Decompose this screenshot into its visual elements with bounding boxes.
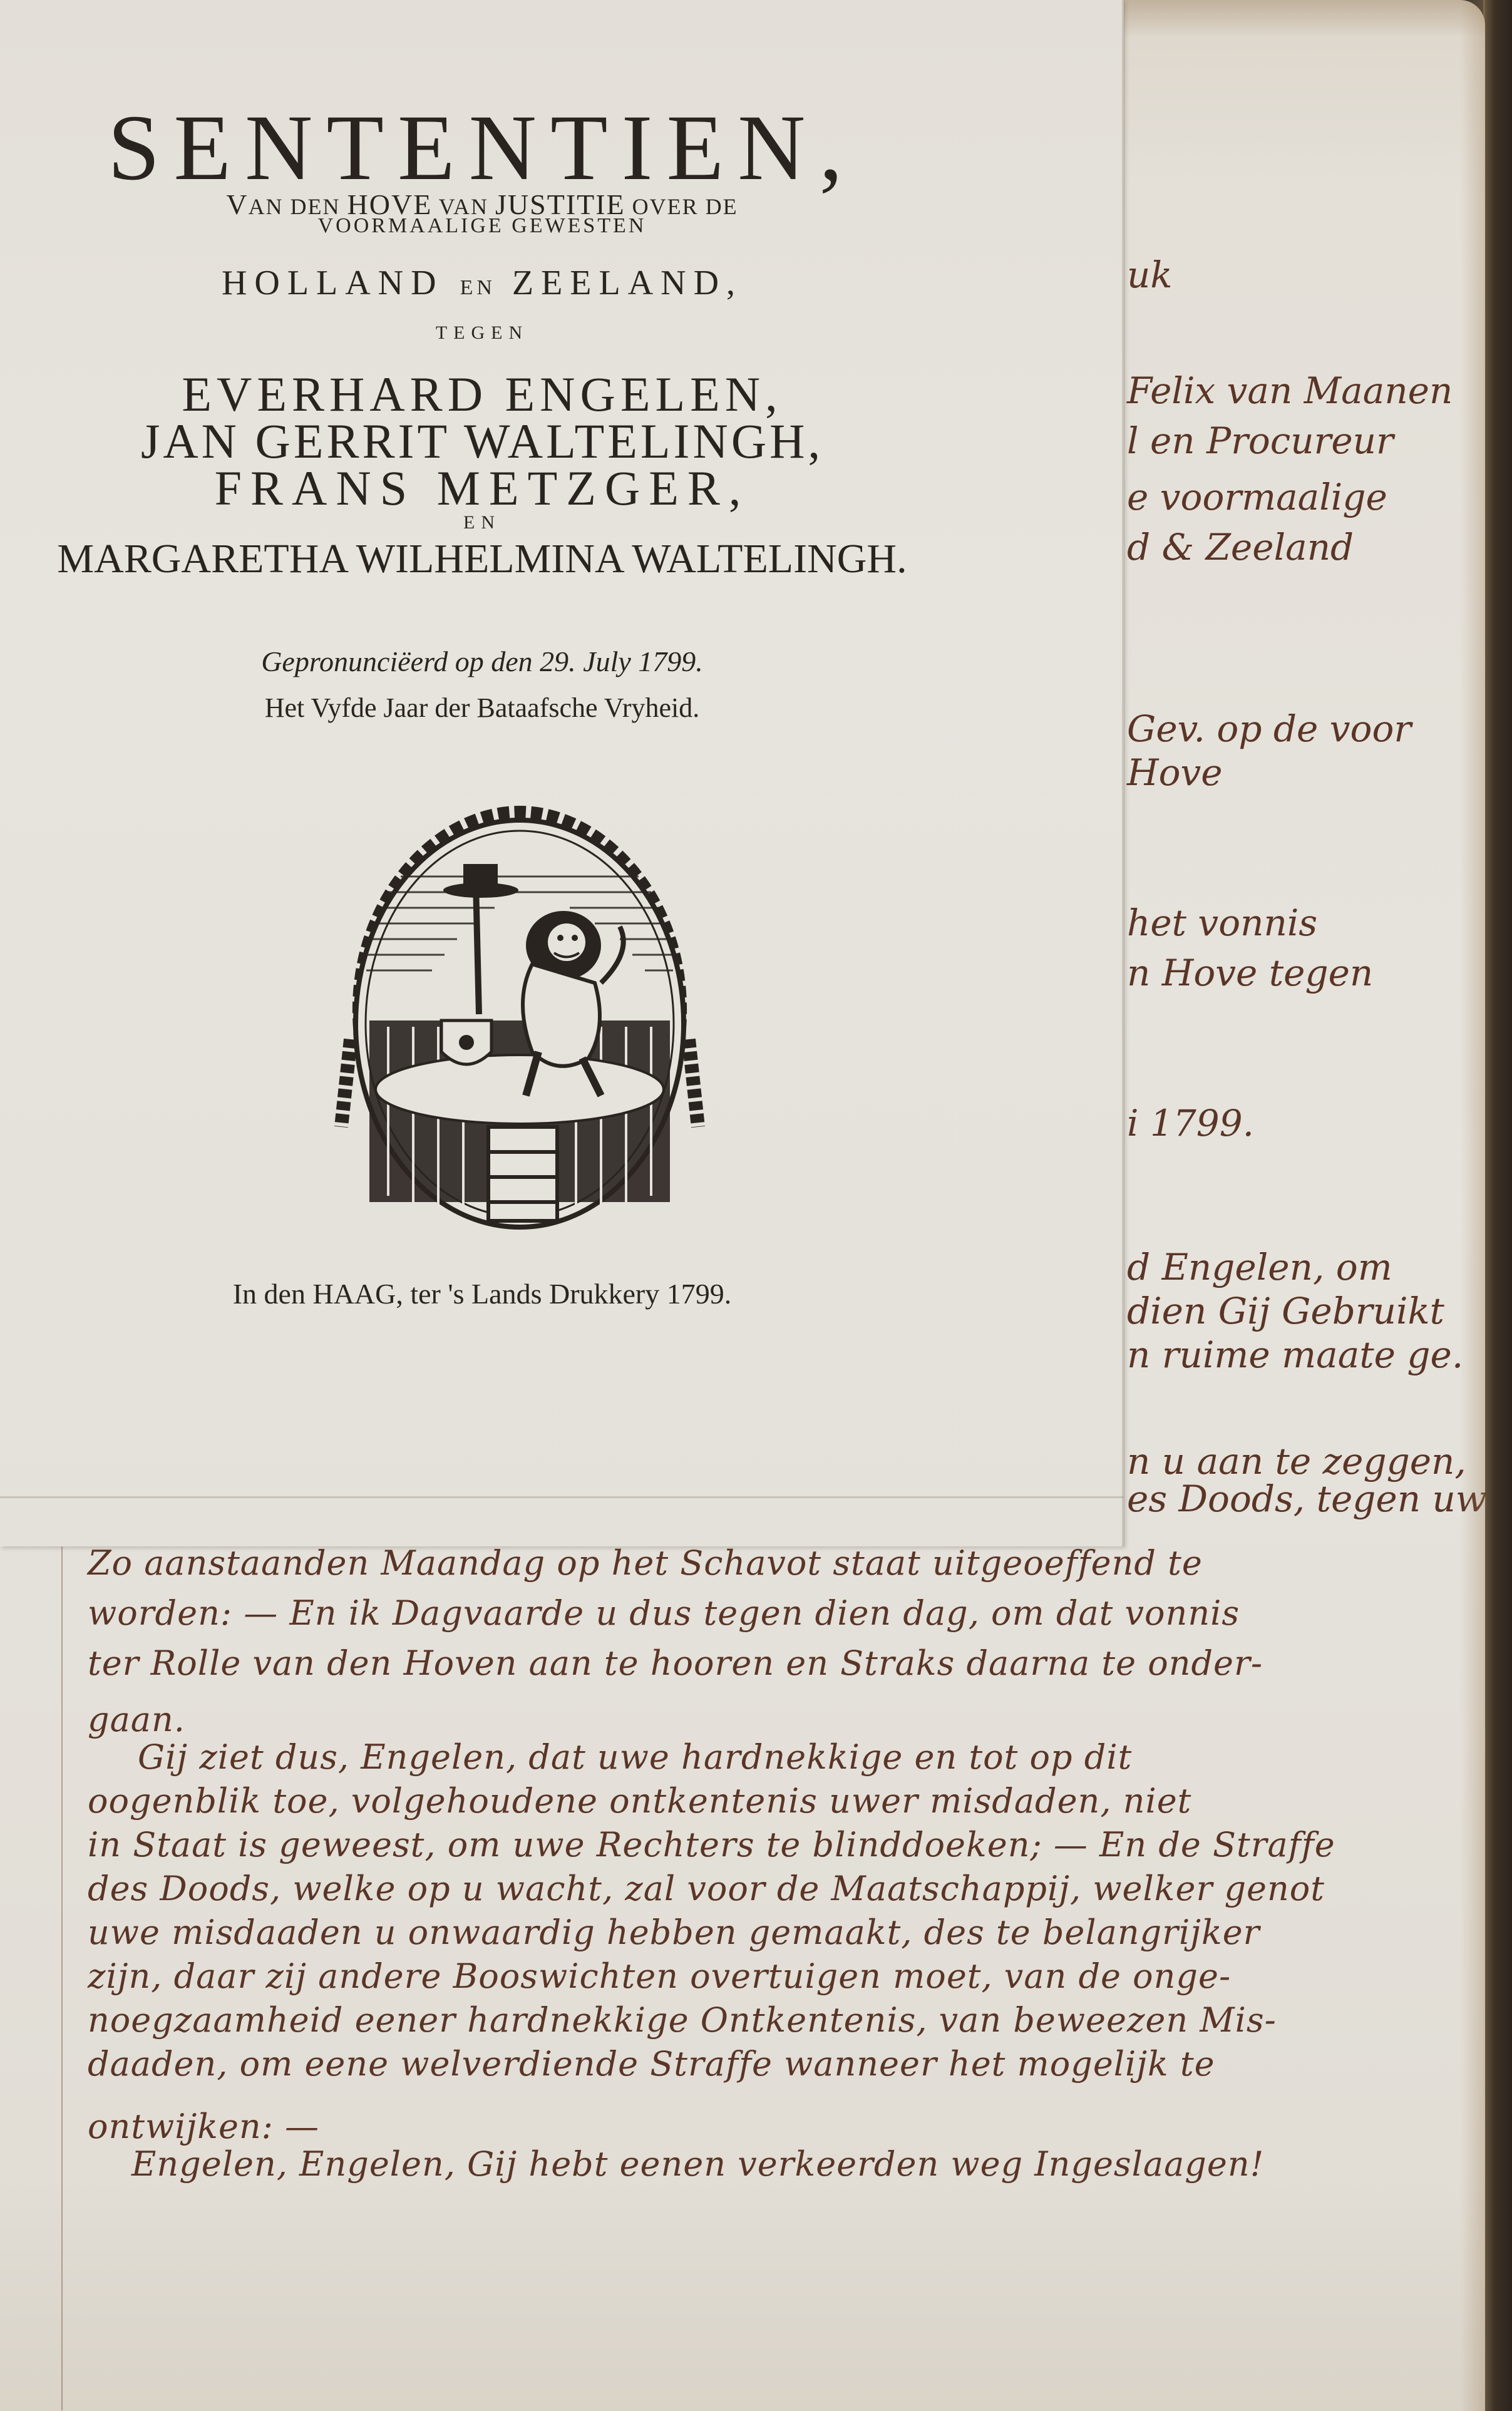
en-label: EN bbox=[0, 512, 964, 533]
manuscript-line: n Hove tegen bbox=[1127, 952, 1373, 994]
manuscript-line: n u aan te zeggen, bbox=[1127, 1440, 1466, 1483]
manuscript-line: noegzaamheid eener hardnekkige Ontkenten… bbox=[88, 2000, 1277, 2040]
manuscript-line: het vonnis bbox=[1127, 902, 1317, 944]
manuscript-line: d Engelen, om bbox=[1127, 1246, 1392, 1288]
manuscript-line: n ruime maate ge. bbox=[1127, 1334, 1463, 1376]
book-spine-edge bbox=[1483, 0, 1512, 2411]
manuscript-line: des Doods, welke op u wacht, zal voor de… bbox=[88, 1869, 1325, 1908]
region-conjunction: EN bbox=[460, 276, 496, 299]
manuscript-line: zijn, daar zij andere Booswichten overtu… bbox=[88, 1956, 1231, 1996]
manuscript-line: Gij ziet dus, Engelen, dat uwe hardnekki… bbox=[138, 1737, 1132, 1777]
manuscript-line: Gev. op de voor bbox=[1127, 707, 1411, 750]
liberty-year-line: Het Vyfde Jaar der Bataafsche Vryheid. bbox=[0, 692, 964, 724]
region-zeeland: ZEELAND, bbox=[512, 264, 743, 302]
manuscript-line: uk bbox=[1127, 254, 1173, 296]
page-fold bbox=[0, 1496, 1124, 1498]
paper-crease bbox=[1122, 0, 1124, 1546]
manuscript-line: oogenblik toe, volgehoudene ontkentenis … bbox=[88, 1781, 1191, 1821]
region-line: HOLLAND EN ZEELAND, bbox=[0, 263, 964, 303]
defendant-name: FRANS METZGER, bbox=[0, 460, 964, 517]
imprint-line: In den HAAG, ter 's Lands Drukkery 1799. bbox=[0, 1277, 964, 1310]
manuscript-line: daaden, om eene welverdiende Straffe wan… bbox=[88, 2044, 1215, 2084]
manuscript-line: l en Procureur bbox=[1127, 419, 1394, 462]
manuscript-line: i 1799. bbox=[1127, 1102, 1254, 1144]
manuscript-line: Zo aanstaanden Maandag op het Schavot st… bbox=[88, 1543, 1203, 1583]
manuscript-line: worden: — En ik Dagvaarde u dus tegen di… bbox=[88, 1593, 1240, 1633]
manuscript-line: Engelen, Engelen, Gij hebt eenen verkeer… bbox=[131, 2144, 1264, 2184]
court-line-2: VOORMAALIGE GEWESTEN bbox=[0, 214, 964, 238]
tegen-label: TEGEN bbox=[0, 322, 964, 344]
margin-rule bbox=[61, 1546, 63, 2410]
manuscript-line: d & Zeeland bbox=[1127, 526, 1354, 568]
manuscript-line: Hove bbox=[1127, 751, 1223, 794]
manuscript-line: ter Rolle van den Hoven aan te hooren en… bbox=[88, 1643, 1263, 1683]
printed-title-page: SENTENTIEN, VAN DEN HOVE VAN JUSTITIE OV… bbox=[0, 0, 1124, 1546]
manuscript-line: uwe misdaaden u onwaardig hebben gemaakt… bbox=[88, 1913, 1260, 1952]
manuscript-line: dien Gij Gebruikt bbox=[1127, 1290, 1444, 1332]
defendant-name-final: MARGARETHA WILHELMINA WALTELINGH. bbox=[0, 535, 964, 583]
manuscript-line: gaan. bbox=[88, 1700, 185, 1739]
pronounced-date: Gepronunciëerd op den 29. July 1799. bbox=[0, 645, 964, 678]
manuscript-line: e voormaalige bbox=[1127, 476, 1387, 518]
manuscript-line: in Staat is geweest, om uwe Rechters te … bbox=[88, 1825, 1335, 1864]
lion-with-liberty-hat-emblem-icon bbox=[307, 776, 733, 1240]
region-holland: HOLLAND bbox=[222, 264, 444, 302]
manuscript-line: Felix van Maanen bbox=[1127, 369, 1453, 412]
manuscript-line: ontwijken: — bbox=[88, 2107, 319, 2146]
manuscript-line: es Doods, tegen uw bbox=[1127, 1478, 1487, 1520]
main-title: SENTENTIEN, bbox=[0, 94, 964, 202]
